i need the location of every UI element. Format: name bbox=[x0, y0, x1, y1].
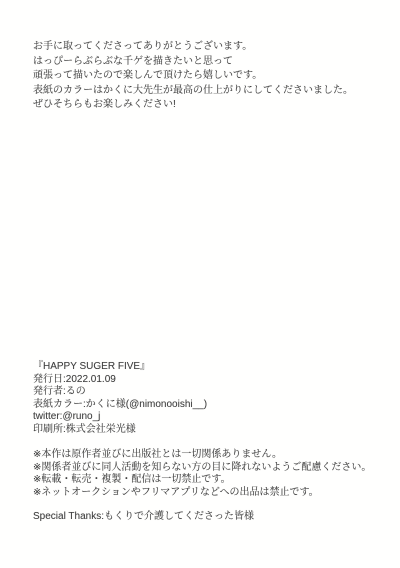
colophon-line-publisher: 発行者:るの bbox=[33, 386, 207, 399]
notice-line-discretion: ※関係者並びに同人活動を知らない方の目に降れないようご配慮ください。 bbox=[33, 462, 371, 475]
special-thanks-line: Special Thanks:もくりで介護してくださった皆様 bbox=[33, 511, 254, 523]
book-title: 『HAPPY SUGER FIVE』 bbox=[33, 361, 207, 374]
afterword-line: 表紙のカラーはかくに大先生が最高の仕上がりにしてくださいました。 bbox=[33, 84, 353, 99]
afterword-line: お手に取ってくださってありがとうございます。 bbox=[33, 40, 353, 55]
afterword-block: お手に取ってくださってありがとうございます。 はっぴーらぶらぶな千ゲを描きたいと… bbox=[33, 40, 353, 113]
afterword-line: 頑張って描いたので楽しんで頂けたら嬉しいです。 bbox=[33, 69, 353, 84]
notice-line-no-repost: ※転載・転売・複製・配信は一切禁止です。 bbox=[33, 474, 371, 487]
afterword-line: ぜひそちらもお楽しみください! bbox=[33, 98, 353, 113]
colophon-line-printer: 印刷所:株式会社栄光様 bbox=[33, 424, 207, 437]
colophon-block: 『HAPPY SUGER FIVE』 発行日:2022.01.09 発行者:るの… bbox=[33, 361, 207, 437]
notice-line-no-resale: ※ネットオークションやフリマアプリなどへの出品は禁止です。 bbox=[33, 487, 371, 500]
colophon-line-cover-artist: 表紙カラー:かくに様(@nimonooishi__) bbox=[33, 399, 207, 412]
notices-block: ※本作は原作者並びに出版社とは一切関係ありません。 ※関係者並びに同人活動を知ら… bbox=[33, 449, 371, 499]
colophon-line-twitter: twitter:@runo_j bbox=[33, 411, 207, 424]
scanned-colophon-page: お手に取ってくださってありがとうございます。 はっぴーらぶらぶな千ゲを描きたいと… bbox=[0, 0, 400, 568]
notice-line-no-affiliation: ※本作は原作者並びに出版社とは一切関係ありません。 bbox=[33, 449, 371, 462]
colophon-line-publish-date: 発行日:2022.01.09 bbox=[33, 374, 207, 387]
afterword-line: はっぴーらぶらぶな千ゲを描きたいと思って bbox=[33, 55, 353, 70]
